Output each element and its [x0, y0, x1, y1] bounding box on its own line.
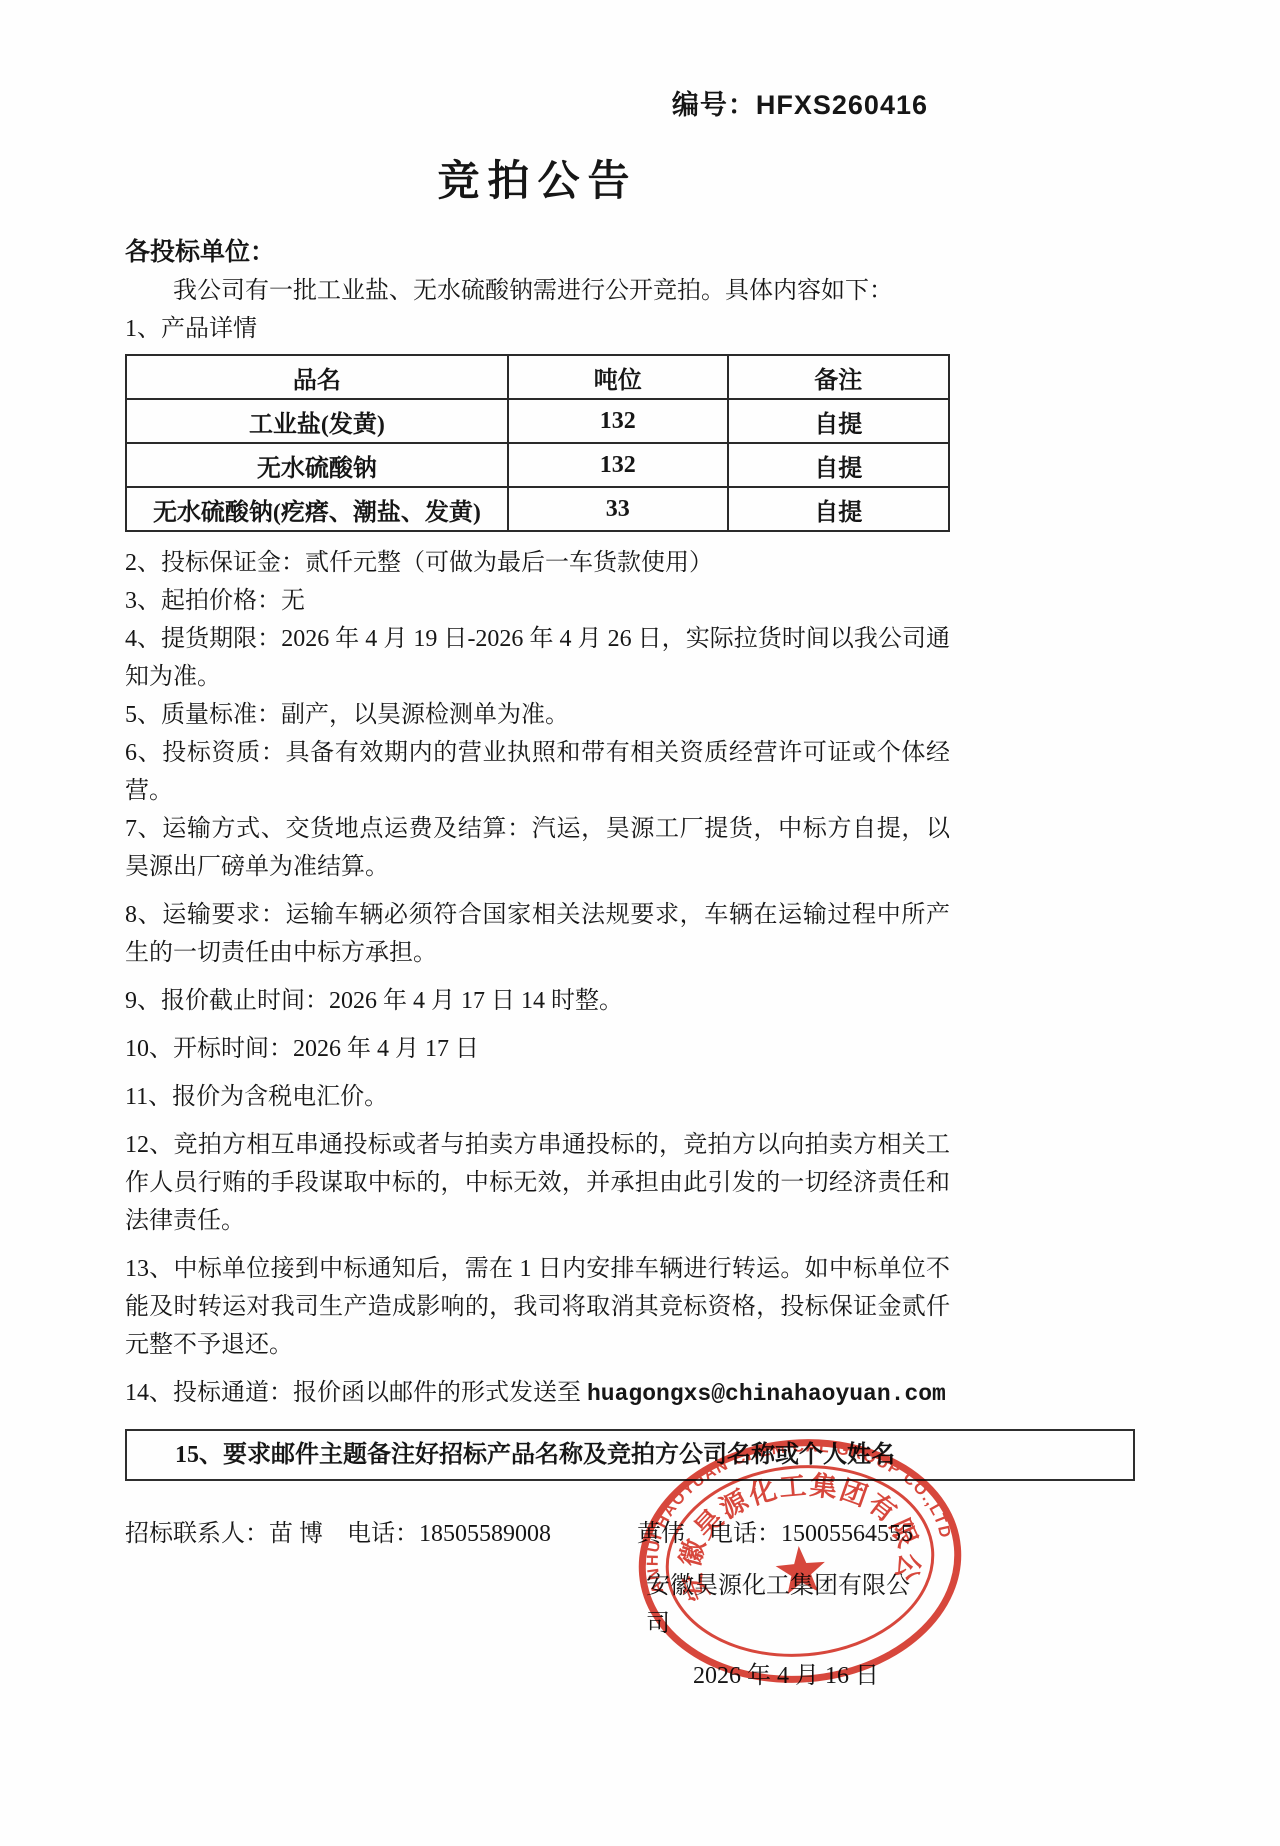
document-content: 编号：HFXS260416 竞拍公告 各投标单位： 我公司有一批工业盐、无水硫酸… [125, 0, 950, 1695]
intro-paragraph: 我公司有一批工业盐、无水硫酸钠需进行公开竞拍。具体内容如下： [125, 272, 950, 310]
cell-product-name: 工业盐(发黄) [126, 399, 508, 443]
term-item-10: 10、开标时间：2026 年 4 月 17 日 [125, 1030, 950, 1068]
cell-tonnage: 132 [508, 443, 728, 487]
col-header-name: 品名 [126, 355, 508, 399]
term-item-3: 3、起拍价格：无 [125, 582, 950, 620]
document-page: 编号：HFXS260416 竞拍公告 各投标单位： 我公司有一批工业盐、无水硫酸… [0, 0, 1280, 1846]
cell-remark: 自提 [728, 399, 949, 443]
term-item-5: 5、质量标准：副产，以昊源检测单为准。 [125, 696, 950, 734]
company-name: 安徽昊源化工集团有限公司 [646, 1567, 926, 1643]
table-row: 工业盐(发黄) 132 自提 [126, 399, 949, 443]
cell-tonnage: 132 [508, 399, 728, 443]
ref-number-line: 编号：HFXS260416 [125, 88, 950, 122]
cell-product-name: 无水硫酸钠 [126, 443, 508, 487]
term-item-9: 9、报价截止时间：2026 年 4 月 17 日 14 时整。 [125, 982, 950, 1020]
term-item-8: 8、运输要求：运输车辆必须符合国家相关法规要求，车辆在运输过程中所产生的一切责任… [125, 896, 950, 972]
term-item-4: 4、提货期限：2026 年 4 月 19 日-2026 年 4 月 26 日，实… [125, 620, 950, 696]
term-item-14-text: 14、投标通道：报价函以邮件的形式发送至 [125, 1380, 587, 1406]
contact-person-2: 黄伟 电话：15005564555 [637, 1515, 913, 1553]
col-header-remark: 备注 [728, 355, 949, 399]
term-item-15-boxed: 15、要求邮件主题备注好招标产品名称及竞拍方公司名称或个人姓名 [125, 1429, 1135, 1481]
bid-email-address: huagongxs@chinahaoyuan.com [587, 1381, 946, 1407]
term-item-11: 11、报价为含税电汇价。 [125, 1078, 950, 1116]
table-row: 无水硫酸钠 132 自提 [126, 443, 949, 487]
signature-block: 安徽昊源化工集团有限公司 2026 年 4 月 16 日 [646, 1567, 926, 1695]
cell-remark: 自提 [728, 443, 949, 487]
table-header-row: 品名 吨位 备注 [126, 355, 949, 399]
term-item-2: 2、投标保证金：贰仟元整（可做为最后一车货款使用） [125, 544, 950, 582]
page-title: 竞拍公告 [125, 158, 950, 206]
ref-label: 编号： [672, 90, 756, 120]
contact-line: 招标联系人：苗 博 电话：18505589008 黄伟 电话：150055645… [125, 1515, 950, 1553]
cell-product-name: 无水硫酸钠(疙瘩、潮盐、发黄) [126, 487, 508, 531]
cell-tonnage: 33 [508, 487, 728, 531]
ref-number: HFXS260416 [756, 90, 928, 120]
table-row: 无水硫酸钠(疙瘩、潮盐、发黄) 33 自提 [126, 487, 949, 531]
product-table: 品名 吨位 备注 工业盐(发黄) 132 自提 无水硫酸钠 132 自提 无水硫… [125, 354, 950, 532]
signature-date: 2026 年 4 月 16 日 [646, 1657, 926, 1695]
col-header-tonnage: 吨位 [508, 355, 728, 399]
contact-person-1: 招标联系人：苗 博 电话：18505589008 [125, 1515, 551, 1553]
term-item-14: 14、投标通道：报价函以邮件的形式发送至 huagongxs@chinahaoy… [125, 1374, 950, 1413]
term-item-12: 12、竞拍方相互串通投标或者与拍卖方串通投标的，竞拍方以向拍卖方相关工作人员行贿… [125, 1126, 950, 1240]
salutation: 各投标单位： [125, 234, 950, 272]
section1-label: 1、产品详情 [125, 310, 950, 348]
term-item-6: 6、投标资质：具备有效期内的营业执照和带有相关资质经营许可证或个体经营。 [125, 734, 950, 810]
terms-list: 2、投标保证金：贰仟元整（可做为最后一车货款使用） 3、起拍价格：无 4、提货期… [125, 544, 950, 1413]
term-item-13: 13、中标单位接到中标通知后，需在 1 日内安排车辆进行转运。如中标单位不能及时… [125, 1250, 950, 1364]
cell-remark: 自提 [728, 487, 949, 531]
term-item-7: 7、运输方式、交货地点运费及结算：汽运，昊源工厂提货，中标方自提，以昊源出厂磅单… [125, 810, 950, 886]
